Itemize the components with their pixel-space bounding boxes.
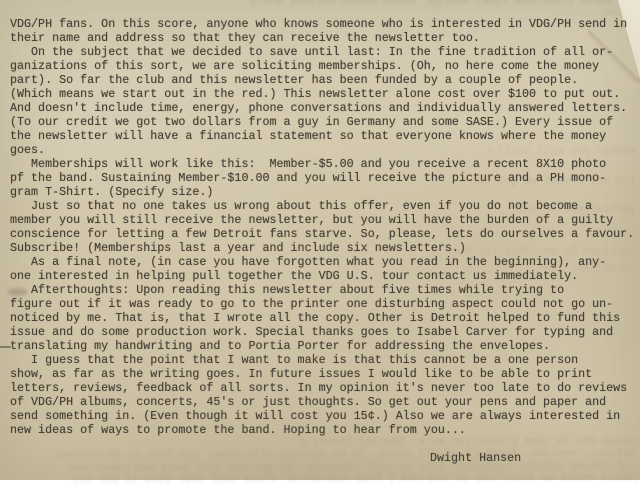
bleedthrough-text: (Which means we start out in the red.) T… [0, 473, 640, 480]
text-line: translating my handwriting and to Portia… [10, 339, 638, 353]
text-line: conscience for letting a few Detroit fan… [10, 227, 638, 241]
text-line: (To our credit we got two dollars from a… [10, 115, 638, 129]
text-line: pf the band. Sustaining Member-$10.00 an… [10, 171, 638, 185]
text-line: the newsletter will have a financial sta… [10, 129, 638, 143]
text-line: part). So far the club and this newslett… [10, 73, 638, 87]
text-line: Memberships will work like this: Member-… [10, 157, 638, 171]
text-line: On the subject that we decided to save u… [10, 45, 638, 59]
bleedthrough-text: of VDG/PH albums, concerts, 45's or just… [20, 461, 630, 476]
text-line: As a final note, (in case you have forgo… [10, 255, 638, 269]
text-line: goes. [10, 143, 638, 157]
text-line: (Which means we start out in the red.) T… [10, 87, 638, 101]
text-line: ganizations of this sort, we are solicit… [10, 59, 638, 73]
newsletter-body: VDG/PH fans. On this score, anyone who k… [10, 17, 638, 437]
text-line: Subscribe! (Memberships last a year and … [10, 241, 638, 255]
text-line: new ideas of ways to promote the band. H… [10, 423, 638, 437]
text-line: one interested in helping pull together … [10, 269, 638, 283]
text-line: And doesn't include time, energy, phone … [10, 101, 638, 115]
signature: Dwight Hansen [430, 451, 521, 465]
text-line: letters, reviews, feedback of all sorts.… [10, 381, 638, 395]
bleedthrough-text: letters, reviews, feedback of all sorts.… [40, 448, 636, 463]
text-line: noticed by me. That is, that I wrote all… [10, 311, 638, 325]
text-line: Afterthoughts: Upon reading this newslet… [10, 283, 638, 297]
text-line: gram T-Shirt. (Specify size.) [10, 185, 638, 199]
text-line: send something in. (Even though it will … [10, 409, 638, 423]
text-line: of VDG/PH albums, concerts, 45's or just… [10, 395, 638, 409]
text-line: issue and do some production work. Speci… [10, 325, 638, 339]
bleedthrough-text: issue and do some production work. Speci… [300, 435, 636, 449]
text-line: VDG/PH fans. On this score, anyone who k… [10, 17, 638, 31]
text-line: I guess that the point that I want to ma… [10, 353, 638, 367]
text-line: Just so that no one takes us wrong about… [10, 199, 638, 213]
scanned-newsletter-page: And doesn't include time, energy, phone … [0, 0, 640, 480]
text-line: their name and address so that they can … [10, 31, 638, 45]
text-line: member you will still receive the newsle… [10, 213, 638, 227]
text-line: figure out if it was ready to go to the … [10, 297, 638, 311]
text-line: show, as far as the writing goes. In fut… [10, 367, 638, 381]
bleedthrough-text: And doesn't include time, energy, phone … [250, 0, 640, 10]
